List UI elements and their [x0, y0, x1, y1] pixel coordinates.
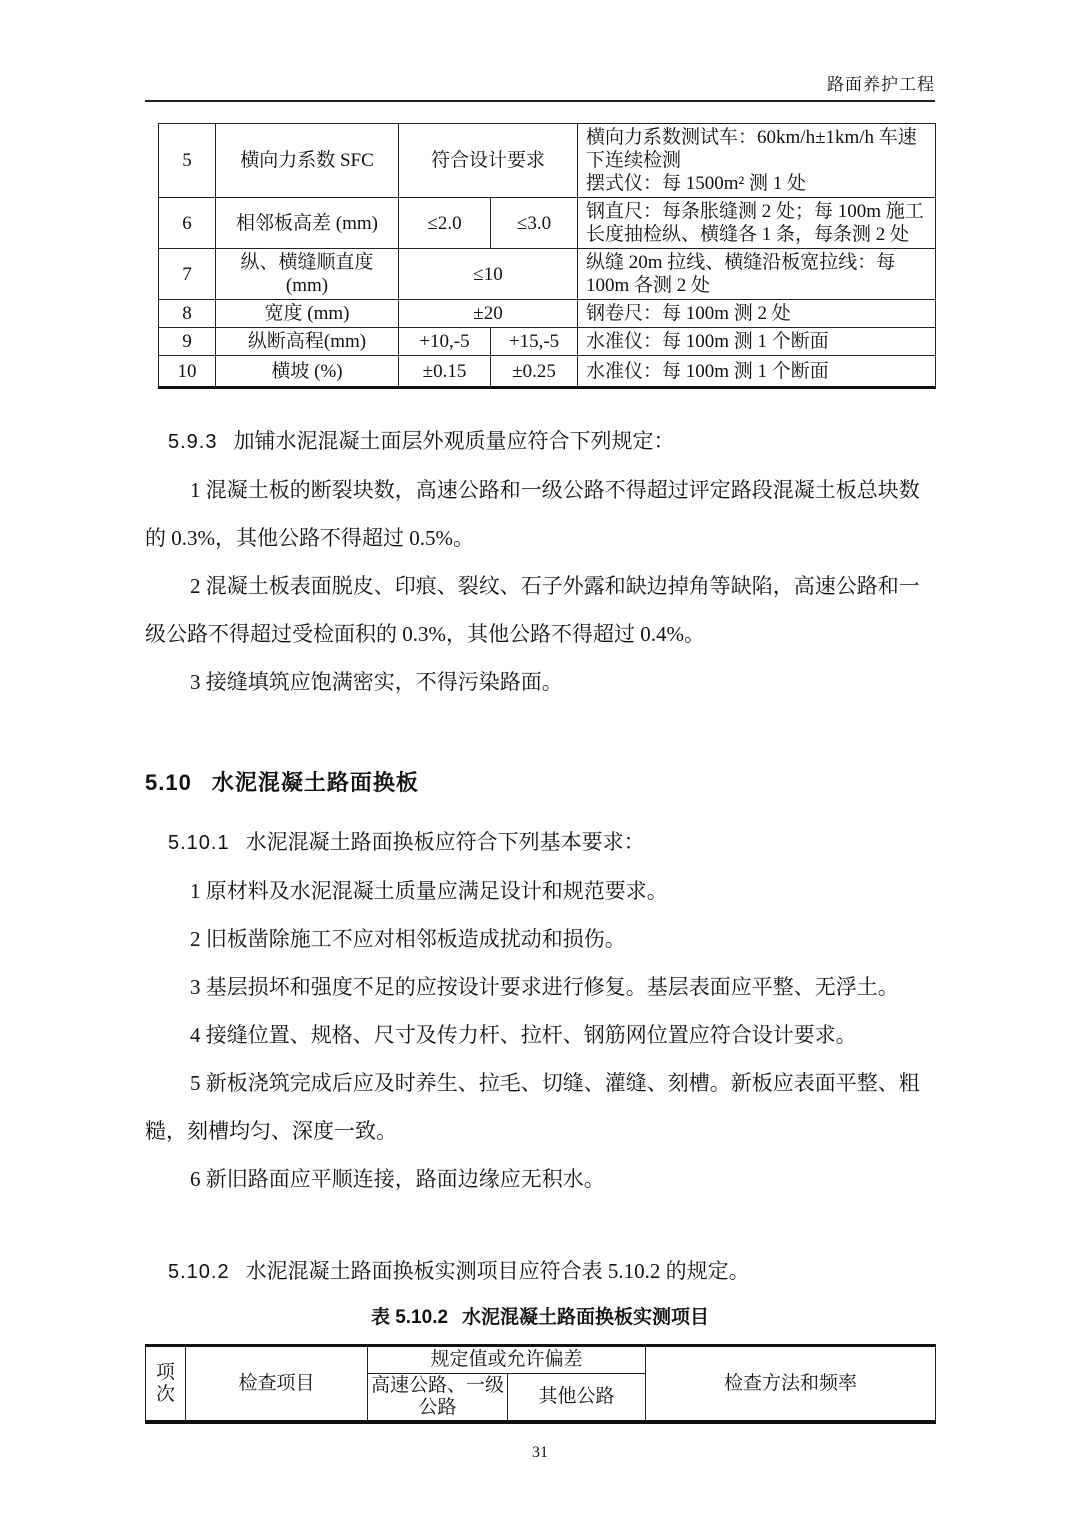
row-num: 7 [159, 249, 216, 300]
row-item: 横向力系数 SFC [216, 124, 399, 198]
col-header-spec-highway: 高速公路、一级公路 [368, 1374, 508, 1423]
row-num: 9 [159, 328, 216, 356]
clause-item: 3 基层损坏和强度不足的应按设计要求进行修复。基层表面应平整、无浮土。 [145, 963, 935, 1011]
row-value-highway: ±0.15 [399, 356, 491, 388]
table-row: 6 相邻板高差 (mm) ≤2.0 ≤3.0 钢直尺：每条胀缝测 2 处；每 1… [159, 198, 936, 249]
row-item: 纵断高程(mm) [216, 328, 399, 356]
col-header-spec-other: 其他公路 [508, 1374, 646, 1423]
clause-heading: 5.10.2水泥混凝土路面换板实测项目应符合表 5.10.2 的规定。 [145, 1247, 935, 1296]
row-num: 6 [159, 198, 216, 249]
section-number: 5.10 [145, 770, 192, 795]
clause-item: 6 新旧路面应平顺连接，路面边缘应无积水。 [145, 1155, 935, 1203]
clause-item: 2 混凝土板表面脱皮、印痕、裂纹、石子外露和缺边掉角等缺陷，高速公路和一级公路不… [145, 562, 935, 658]
table-row: 9 纵断高程(mm) +10,-5 +15,-5 水准仪：每 100m 测 1 … [159, 328, 936, 356]
col-header-method: 检查方法和频率 [646, 1346, 936, 1423]
clause-item: 1 原材料及水泥混凝土质量应满足设计和规范要求。 [145, 867, 935, 915]
row-item: 纵、横缝顺直度(mm) [216, 249, 399, 300]
row-item: 宽度 (mm) [216, 300, 399, 328]
clause-item: 1 混凝土板的断裂块数，高速公路和一级公路不得超过评定路段混凝土板总块数的 0.… [145, 466, 935, 562]
clause-heading: 5.10.1水泥混凝土路面换板应符合下列基本要求： [145, 818, 935, 867]
row-method: 纵缝 20m 拉线、横缝沿板宽拉线：每 100m 各测 2 处 [578, 249, 936, 300]
row-value-highway: ≤2.0 [399, 198, 491, 249]
table-5-10-2-header: 项次 检查项目 规定值或允许偏差 检查方法和频率 高速公路、一级公路 其他公路 [145, 1344, 936, 1424]
clause-item: 3 接缝填筑应饱满密实，不得污染路面。 [145, 658, 935, 706]
col-header-num: 项次 [146, 1346, 186, 1423]
document-page: 路面养护工程 5 横向力系数 SFC 符合设计要求 横向力系数测试车：60km/… [0, 0, 1074, 1520]
page-number: 31 [145, 1444, 935, 1462]
row-method: 横向力系数测试车：60km/h±1km/h 车速下连续检测 摆式仪：每 1500… [578, 124, 936, 198]
clause-item: 5 新板浇筑完成后应及时养生、拉毛、切缝、灌缝、刻槽。新板应表面平整、粗糙，刻槽… [145, 1059, 935, 1155]
row-method: 钢直尺：每条胀缝测 2 处；每 100m 施工长度抽检纵、横缝各 1 条，每条测… [578, 198, 936, 249]
table-caption-title: 水泥混凝土路面换板实测项目 [462, 1307, 709, 1328]
clause-5-10-2-block: 5.10.2水泥混凝土路面换板实测项目应符合表 5.10.2 的规定。 [145, 1247, 935, 1296]
row-method: 钢卷尺：每 100m 测 2 处 [578, 300, 936, 328]
table-row: 5 横向力系数 SFC 符合设计要求 横向力系数测试车：60km/h±1km/h… [159, 124, 936, 198]
row-method: 水准仪：每 100m 测 1 个断面 [578, 328, 936, 356]
clause-item: 4 接缝位置、规格、尺寸及传力杆、拉杆、钢筋网位置应符合设计要求。 [145, 1011, 935, 1059]
table-5-10-2-caption: 表 5.10.2水泥混凝土路面换板实测项目 [145, 1306, 935, 1330]
row-value-other: +15,-5 [491, 328, 578, 356]
row-value: 符合设计要求 [399, 124, 578, 198]
row-num: 5 [159, 124, 216, 198]
clause-number: 5.9.3 [168, 431, 217, 453]
table-row: 10 横坡 (%) ±0.15 ±0.25 水准仪：每 100m 测 1 个断面 [159, 356, 936, 388]
row-method: 水准仪：每 100m 测 1 个断面 [578, 356, 936, 388]
row-value: ≤10 [399, 249, 578, 300]
row-value: ±20 [399, 300, 578, 328]
row-num: 10 [159, 356, 216, 388]
measured-items-table-continued: 5 横向力系数 SFC 符合设计要求 横向力系数测试车：60km/h±1km/h… [158, 123, 936, 389]
row-item: 相邻板高差 (mm) [216, 198, 399, 249]
header-row: 项次 检查项目 规定值或允许偏差 检查方法和频率 [146, 1346, 936, 1374]
clause-number: 5.10.2 [168, 1261, 230, 1283]
clause-5-9-3-block: 5.9.3加铺水泥混凝土面层外观质量应符合下列规定： 1 混凝土板的断裂块数，高… [145, 417, 935, 706]
row-item: 横坡 (%) [216, 356, 399, 388]
clause-item: 2 旧板凿除施工不应对相邻板造成扰动和损伤。 [145, 915, 935, 963]
row-value-other: ≤3.0 [491, 198, 578, 249]
table-caption-label: 表 5.10.2 [371, 1307, 448, 1328]
row-num: 8 [159, 300, 216, 328]
clause-5-10-1-block: 5.10.1水泥混凝土路面换板应符合下列基本要求： 1 原材料及水泥混凝土质量应… [145, 818, 935, 1203]
col-header-item: 检查项目 [186, 1346, 368, 1423]
clause-number: 5.10.1 [168, 832, 230, 854]
col-header-spec: 规定值或允许偏差 [368, 1346, 646, 1374]
running-header: 路面养护工程 [145, 0, 935, 102]
section-5-10-heading: 5.10水泥混凝土路面换板 [145, 768, 935, 798]
clause-text: 水泥混凝土路面换板实测项目应符合表 5.10.2 的规定。 [246, 1259, 750, 1283]
clause-text: 加铺水泥混凝土面层外观质量应符合下列规定： [233, 429, 674, 453]
table-row: 8 宽度 (mm) ±20 钢卷尺：每 100m 测 2 处 [159, 300, 936, 328]
row-value-other: ±0.25 [491, 356, 578, 388]
row-value-highway: +10,-5 [399, 328, 491, 356]
clause-heading: 5.9.3加铺水泥混凝土面层外观质量应符合下列规定： [145, 417, 935, 466]
section-title: 水泥混凝土路面换板 [212, 770, 419, 795]
table-row: 7 纵、横缝顺直度(mm) ≤10 纵缝 20m 拉线、横缝沿板宽拉线：每 10… [159, 249, 936, 300]
page-content: 路面养护工程 5 横向力系数 SFC 符合设计要求 横向力系数测试车：60km/… [145, 0, 935, 1462]
clause-text: 水泥混凝土路面换板应符合下列基本要求： [246, 830, 645, 854]
